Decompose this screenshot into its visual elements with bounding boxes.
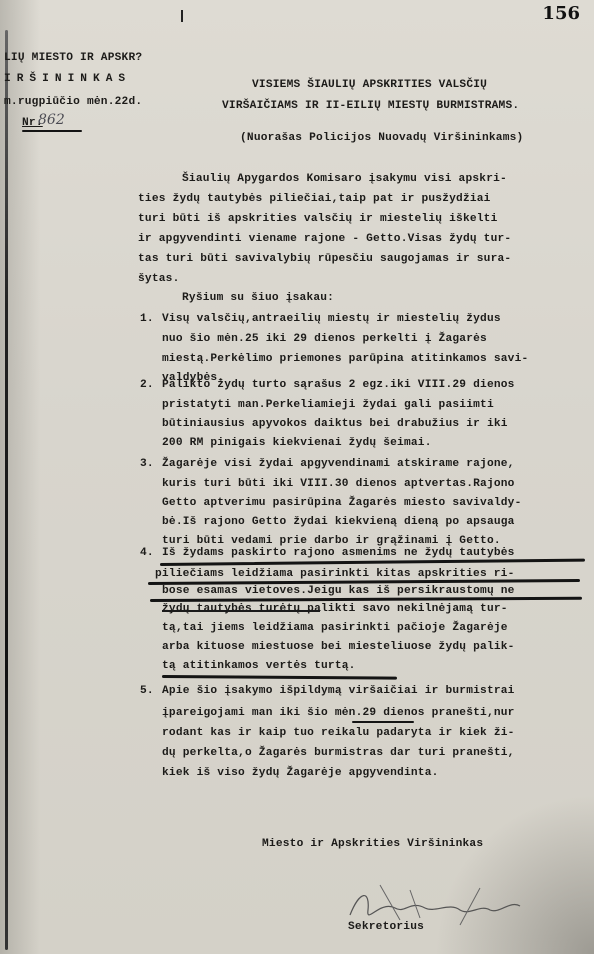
preamble: Ryšium su šiuo įsakau: (182, 292, 334, 304)
number-underline (22, 130, 82, 132)
item-line: įpareigojami man iki šio mėn.29 dienos p… (162, 707, 515, 719)
item-line: pristatyti man.Perkeliamieji žydai gali … (162, 399, 494, 411)
intro-line: šytas. (138, 273, 179, 285)
item-line: kiek iš viso žydų Žagarėje apgyvendinta. (162, 767, 439, 779)
handwritten-number: 862 (38, 112, 65, 128)
item-number: 1. (140, 313, 154, 325)
item-line: arba kituose miestuose bei miesteliuose … (162, 641, 515, 653)
sender-line-1: LIŲ MIESTO IR APSKR? (4, 52, 142, 64)
item-number: 3. (140, 458, 154, 470)
item-line: kuris turi būti iki VIII.30 dienos aptve… (162, 478, 515, 490)
item-number: 5. (140, 685, 154, 697)
item-line: Apie šio įsakymo išpildymą viršaičiai ir… (162, 685, 515, 697)
item-line: tą atitinkamos vertės turtą. (162, 660, 356, 672)
item-line: Visų valsčių,antraeilių miestų ir mieste… (162, 313, 501, 325)
item-number: 2. (140, 379, 154, 391)
intro-line: ties žydų tautybės piliečiai,taip pat ir… (138, 193, 491, 205)
item-line: žydų tautybės turėtų palikti savo nekiln… (162, 603, 508, 615)
ink-underline (160, 559, 585, 566)
item-line: 200 RM pinigais kiekvienai žydų šeimai. (162, 437, 432, 449)
addressee-line-1: VISIEMS ŠIAULIŲ APSKRITIES VALSČIŲ (252, 79, 487, 91)
intro-line: Šiaulių Apygardos Komisaro įsakymu visi … (182, 173, 507, 185)
sender-line-2: IRŠININKAS (4, 73, 131, 85)
punch-mark (181, 10, 183, 22)
intro-line: ir apgyvendinti viename rajone - Getto.V… (138, 233, 511, 245)
item-line: bė.Iš rajono Getto žydai kiekvieną dieną… (162, 516, 515, 528)
item-line: Getto aptverimu pasirūpina Žagarės miest… (162, 497, 522, 509)
signatory-title: Miesto ir Apskrities Viršininkas (262, 838, 483, 850)
ink-underline (162, 675, 397, 680)
addressee-line-2: VIRŠAIČIAMS IR II-EILIŲ MIESTŲ BURMISTRA… (222, 100, 519, 112)
page-number: 156 (542, 3, 580, 24)
intro-line: turi būti iš apskrities valsčių ir miest… (138, 213, 498, 225)
item-line: miestą.Perkėlimo priemones parūpina atit… (162, 353, 528, 365)
item-line: rodant kas ir kaip tuo reikalu padaryta … (162, 727, 515, 739)
item-line: būtiniausius apyvokos daiktus bei drabuž… (162, 418, 508, 430)
ink-underline (150, 597, 582, 602)
item-line: Palikto žydų turto sąrašus 2 egz.iki VII… (162, 379, 515, 391)
date-line: m.rugpiūčio mėn.22d. (4, 96, 142, 108)
secretary-label: Sekretorius (348, 921, 424, 933)
item-line: dų perkelta,o Žagarės burmistras dar tur… (162, 747, 515, 759)
copy-note: (Nuorašas Policijos Nuovadų Viršininkams… (240, 132, 523, 144)
item-line: Žagarėje visi žydai apgyvendinami atskir… (162, 458, 515, 470)
ink-underline (352, 721, 414, 723)
item-line: Iš žydams paskirto rajono asmenims ne žy… (162, 547, 515, 559)
intro-line: tas turi būti savivalybių rūpesčiu saugo… (138, 253, 511, 265)
item-line: turi būti vedami prie darbo ir grąžinami… (162, 535, 501, 547)
item-line: nuo šio mėn.25 iki 29 dienos perkelti į … (162, 333, 487, 345)
page-edge (5, 30, 8, 950)
document-page: 156 LIŲ MIESTO IR APSKR? IRŠININKAS m.ru… (0, 0, 594, 954)
item-number: 4. (140, 547, 154, 559)
ink-strikethrough (162, 610, 320, 612)
item-line: tą,tai jiems leidžiama pasirinkti pačioj… (162, 622, 508, 634)
item-line: piliečiams leidžiama pasirinkti kitas ap… (155, 568, 515, 580)
item-line: bose esamas vietoves.Jeigu kas iš persik… (162, 585, 515, 597)
